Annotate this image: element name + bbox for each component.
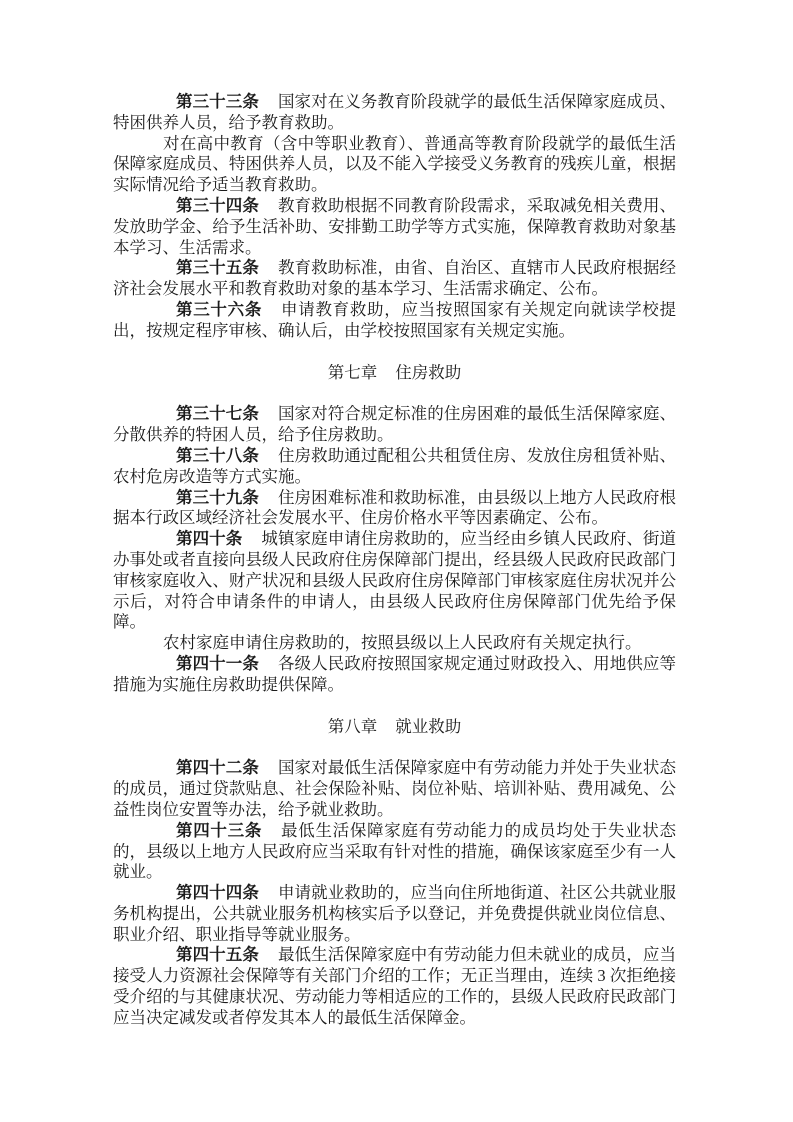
article-paragraph: 第三十六条申请教育救助，应当按照国家有关规定向就读学校提出，按规定程序审核、确认… <box>113 300 676 342</box>
article-number: 第三十六条 <box>176 300 281 319</box>
chapter-heading: 第七章住房救助 <box>113 363 676 384</box>
paragraph-text: 对在高中教育（含中等职业教育）、普通高等教育阶段就学的最低生活保障家庭成员、特困… <box>113 134 676 195</box>
article-paragraph: 第四十二条国家对最低生活保障家庭中有劳动能力并处于失业状态的成员，通过贷款贴息、… <box>113 758 676 820</box>
chapter-title: 住房救助 <box>395 363 461 382</box>
body-paragraph: 对在高中教育（含中等职业教育）、普通高等教育阶段就学的最低生活保障家庭成员、特困… <box>113 134 676 196</box>
article-number: 第三十五条 <box>176 258 278 277</box>
body-paragraph: 农村家庭申请住房救助的，按照县级以上人民政府有关规定执行。 <box>113 633 676 654</box>
article-paragraph: 第三十四条教育救助根据不同教育阶段需求，采取减免相关费用、发放助学金、给予生活补… <box>113 196 676 258</box>
article-number: 第四十五条 <box>176 945 278 964</box>
chapter-heading: 第八章就业救助 <box>113 717 676 738</box>
article-number: 第三十三条 <box>176 92 278 111</box>
article-paragraph: 第四十四条申请就业救助的，应当向住所地街道、社区公共就业服务机构提出，公共就业服… <box>113 883 676 945</box>
chapter-title: 就业救助 <box>395 717 461 736</box>
article-number: 第四十一条 <box>176 654 278 673</box>
article-paragraph: 第三十三条国家对在义务教育阶段就学的最低生活保障家庭成员、特困供养人员，给予教育… <box>113 92 676 134</box>
article-number: 第四十条 <box>176 529 261 548</box>
article-number: 第三十九条 <box>176 488 278 507</box>
paragraph-text: 农村家庭申请住房救助的，按照县级以上人民政府有关规定执行。 <box>163 633 642 652</box>
article-number: 第三十八条 <box>176 446 278 465</box>
article-paragraph: 第三十七条国家对符合规定标准的住房困难的最低生活保障家庭、分散供养的特困人员，给… <box>113 404 676 446</box>
chapter-number: 第八章 <box>328 717 396 736</box>
article-number: 第三十四条 <box>176 196 278 215</box>
document-page: 第三十三条国家对在义务教育阶段就学的最低生活保障家庭成员、特困供养人员，给予教育… <box>0 0 793 1122</box>
article-number: 第三十七条 <box>176 404 278 423</box>
article-paragraph: 第四十条城镇家庭申请住房救助的，应当经由乡镇人民政府、街道办事处或者直接向县级人… <box>113 529 676 633</box>
article-paragraph: 第三十五条教育救助标准，由省、自治区、直辖市人民政府根据经济社会发展水平和教育救… <box>113 258 676 300</box>
article-number: 第四十三条 <box>176 821 281 840</box>
article-paragraph: 第四十五条最低生活保障家庭中有劳动能力但未就业的成员，应当接受人力资源社会保障等… <box>113 945 676 1028</box>
chapter-number: 第七章 <box>328 363 396 382</box>
article-number: 第四十二条 <box>176 758 278 777</box>
document-body: 第三十三条国家对在义务教育阶段就学的最低生活保障家庭成员、特困供养人员，给予教育… <box>113 92 676 1029</box>
article-number: 第四十四条 <box>176 883 278 902</box>
article-paragraph: 第三十九条住房困难标准和救助标准，由县级以上地方人民政府根据本行政区域经济社会发… <box>113 488 676 530</box>
article-paragraph: 第三十八条住房救助通过配租公共租赁住房、发放住房租赁补贴、农村危房改造等方式实施… <box>113 446 676 488</box>
article-paragraph: 第四十三条最低生活保障家庭有劳动能力的成员均处于失业状态的，县级以上地方人民政府… <box>113 821 676 883</box>
article-paragraph: 第四十一条各级人民政府按照国家规定通过财政投入、用地供应等措施为实施住房救助提供… <box>113 654 676 696</box>
